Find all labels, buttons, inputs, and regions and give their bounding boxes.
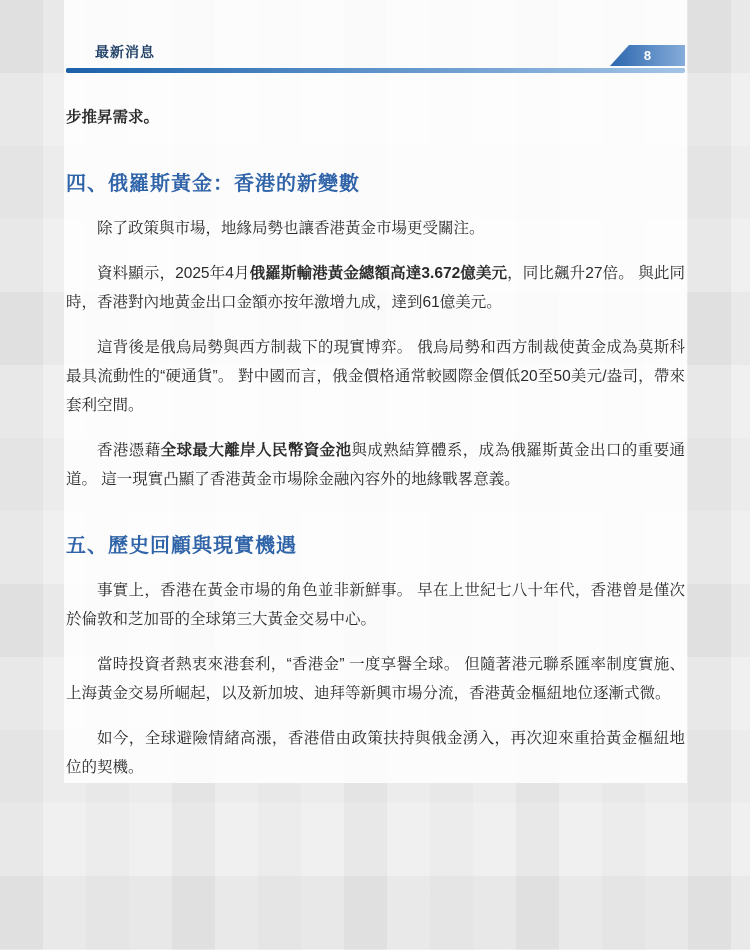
paragraph: 資料顯示，2025年4月俄羅斯輸港黃金總額高達3.672億美元，同比飆升27倍。… — [66, 259, 685, 317]
page-number: 8 — [644, 48, 651, 63]
page-content: 最新消息 8 步推昇需求。 四、俄羅斯黃金：香港的新變數 除了政策與市場，地緣局… — [66, 0, 685, 782]
page-header: 最新消息 8 — [66, 0, 685, 68]
text-run-bold: 全球最大離岸人民幣資金池 — [161, 442, 352, 459]
paragraph: 如今，全球避險情緒高漲，香港借由政策扶持與俄金湧入，再次迎來重拾黃金樞紐地位的契… — [66, 724, 685, 782]
text-run: 香港憑藉 — [97, 442, 161, 459]
paragraph: 當時投資者熱衷來港套利，“香港金” 一度享譽全球。 但隨著港元聯系匯率制度實施、… — [66, 650, 685, 708]
page-number-badge: 8 — [610, 45, 685, 66]
section-heading-4: 四、俄羅斯黃金：香港的新變數 — [66, 170, 685, 198]
paragraph: 這背後是俄烏局勢與西方制裁下的現實博弈。 俄烏局勢和西方制裁使黃金成為莫斯科最具… — [66, 333, 685, 420]
header-rule — [66, 68, 685, 73]
paragraph: 除了政策與市場，地緣局勢也讓香港黃金市場更受關注。 — [66, 214, 685, 243]
document-page: 最新消息 8 步推昇需求。 四、俄羅斯黃金：香港的新變數 除了政策與市場，地緣局… — [64, 0, 687, 783]
text-run-bold: 俄羅斯輸港黃金總額高達3.672億美元 — [250, 265, 508, 282]
paragraph: 事實上，香港在黃金市場的角色並非新鮮事。 早在上世紀七八十年代，香港曾是僅次於倫… — [66, 576, 685, 634]
page-background: { "header": { "section_label": "最新消息", "… — [0, 0, 750, 950]
header-section-label: 最新消息 — [95, 42, 155, 62]
carryover-text: 步推昇需求。 — [66, 103, 685, 132]
paragraph: 香港憑藉全球最大離岸人民幣資金池與成熟結算體系，成為俄羅斯黃金出口的重要通道。 … — [66, 436, 685, 494]
text-run: 資料顯示，2025年4月 — [97, 265, 250, 282]
section-heading-5: 五、歷史回顧與現實機遇 — [66, 532, 685, 560]
